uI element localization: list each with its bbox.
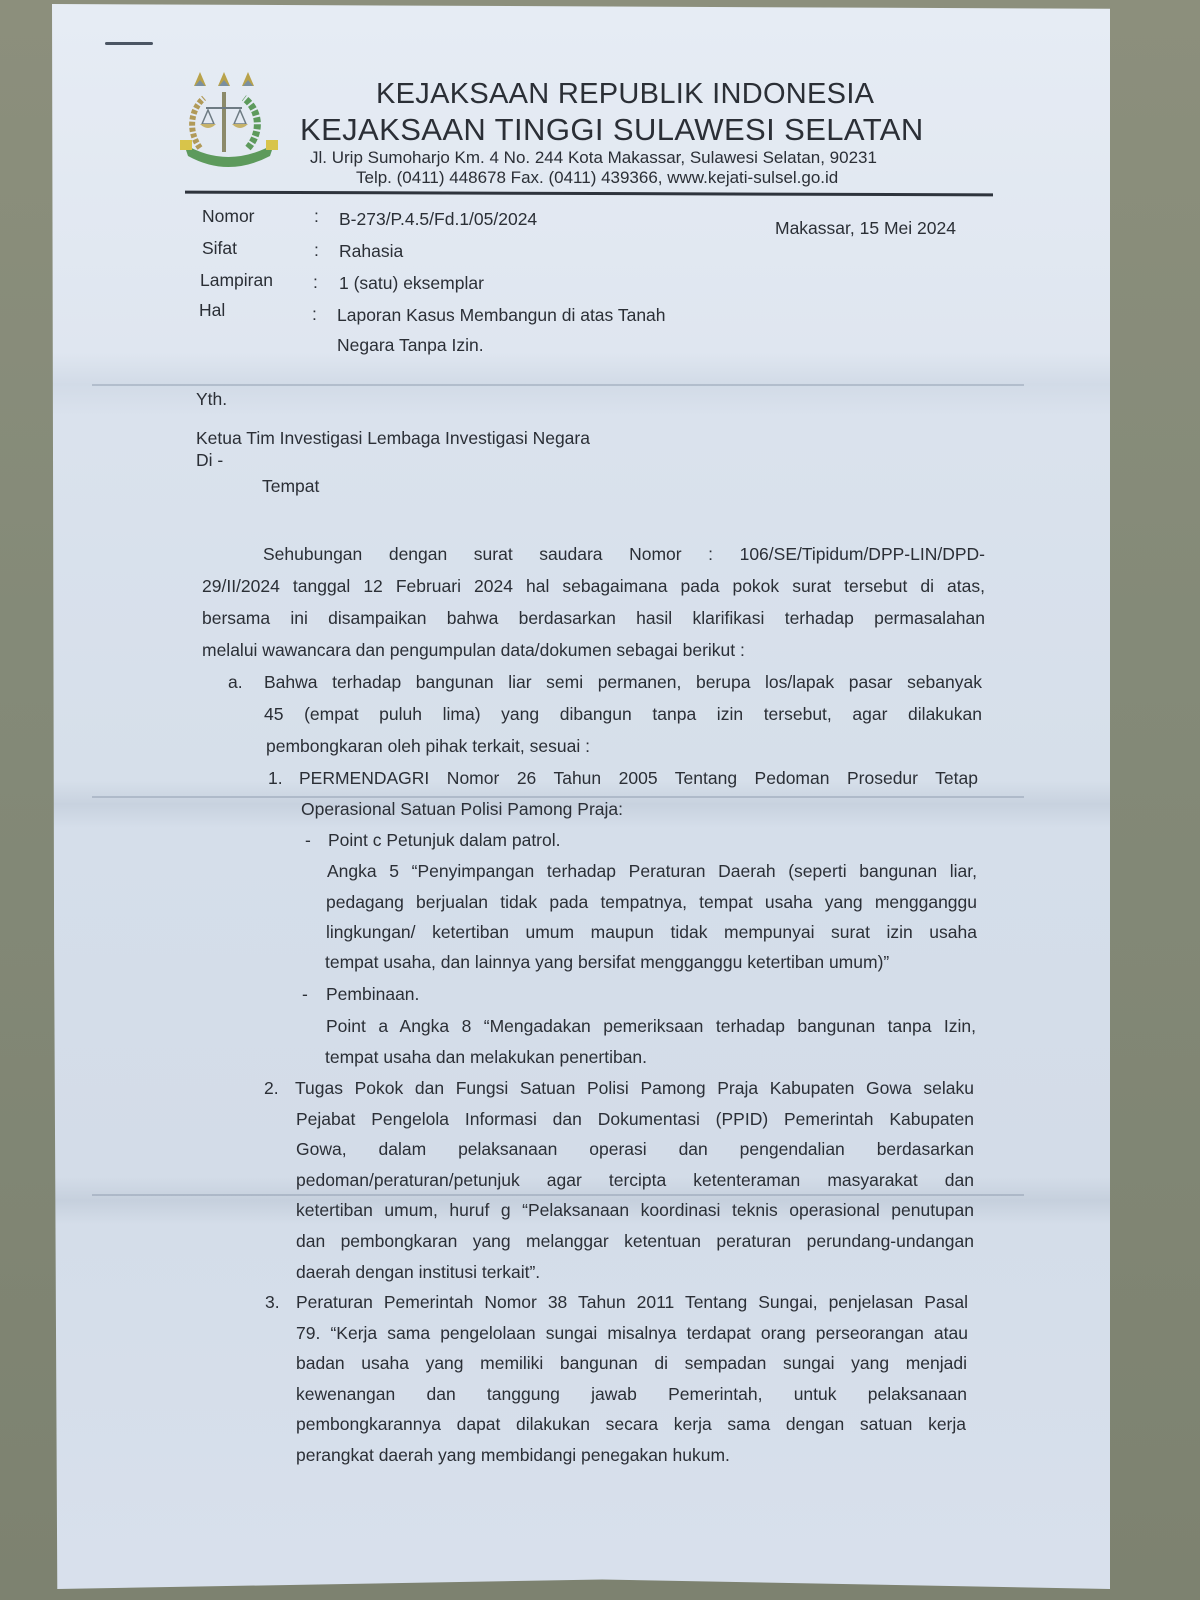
field-sep: :	[313, 272, 318, 293]
sub-line: pedagang berjualan tidak pada tempatnya,…	[326, 892, 977, 913]
recipient-place: Tempat	[262, 476, 319, 497]
sub-line: tempat usaha dan melakukan penertiban.	[325, 1047, 647, 1068]
point-a-line: pembongkaran oleh pihak terkait, sesuai …	[266, 736, 590, 757]
kejaksaan-emblem-icon	[178, 66, 282, 170]
item3-line: perangkat daerah yang membidangi penegak…	[296, 1445, 730, 1466]
letterhead-address: Jl. Urip Sumoharjo Km. 4 No. 244 Kota Ma…	[310, 148, 877, 168]
item3-line: badan usaha yang memiliki bangunan di se…	[296, 1353, 967, 1374]
recipient-name: Ketua Tim Investigasi Lembaga Investigas…	[196, 428, 590, 449]
field-label-lampiran: Lampiran	[200, 270, 273, 291]
item3-line: kewenangan dan tanggung jawab Pemerintah…	[296, 1384, 967, 1405]
sub-line: tempat usaha, dan lainnya yang bersifat …	[325, 952, 889, 973]
item2-line: dan pembongkaran yang melanggar ketentua…	[296, 1231, 974, 1252]
item3-marker: 3.	[265, 1292, 280, 1313]
field-value-hal: Laporan Kasus Membangun di atas Tanah	[337, 305, 666, 326]
field-label-nomor: Nomor	[202, 206, 255, 227]
intro-line: Sehubungan dengan surat saudara Nomor : …	[263, 544, 985, 565]
intro-line: bersama ini disampaikan bahwa berdasarka…	[202, 608, 985, 629]
field-sep: :	[312, 304, 317, 325]
salutation: Yth.	[196, 389, 227, 410]
fold-line	[92, 1194, 1024, 1196]
item3-line: pembongkarannya dapat dilakukan secara k…	[296, 1414, 966, 1435]
sub-dash: -	[305, 830, 311, 851]
field-sep: :	[314, 240, 319, 261]
item2-line: Tugas Pokok dan Fungsi Satuan Polisi Pam…	[295, 1078, 974, 1099]
sub-dash: -	[302, 984, 308, 1005]
item1-marker: 1.	[268, 768, 283, 789]
item2-line: Pejabat Pengelola Informasi dan Dokument…	[296, 1109, 974, 1130]
field-value-sifat: Rahasia	[339, 241, 403, 262]
letterhead-line2: KEJAKSAAN TINGGI SULAWESI SELATAN	[300, 112, 924, 148]
field-label-hal: Hal	[199, 300, 225, 321]
point-a-line: 45 (empat puluh lima) yang dibangun tanp…	[264, 704, 982, 725]
item2-line: pedoman/peraturan/petunjuk agar tercipta…	[296, 1170, 974, 1191]
letterhead-contact: Telp. (0411) 448678 Fax. (0411) 439366, …	[356, 168, 838, 188]
sub-line: Angka 5 “Penyimpangan terhadap Peraturan…	[327, 861, 977, 882]
recipient-di: Di -	[196, 450, 223, 471]
field-label-sifat: Sifat	[202, 238, 237, 259]
item1-line: Operasional Satuan Polisi Pamong Praja:	[301, 799, 623, 820]
sub-line: lingkungan/ ketertiban umum maupun tidak…	[326, 922, 977, 943]
field-value-nomor: B-273/P.4.5/Fd.1/05/2024	[339, 209, 537, 230]
item2-line: daerah dengan institusi terkait”.	[296, 1262, 540, 1283]
fold-line	[92, 384, 1024, 386]
point-a-marker: a.	[228, 672, 243, 693]
item3-line: Peraturan Pemerintah Nomor 38 Tahun 2011…	[296, 1292, 968, 1313]
intro-line: 29/II/2024 tanggal 12 Februari 2024 hal …	[202, 576, 985, 597]
place-date: Makassar, 15 Mei 2024	[775, 218, 956, 239]
item1-line: PERMENDAGRI Nomor 26 Tahun 2005 Tentang …	[299, 768, 978, 789]
fold-line	[92, 796, 1024, 798]
item2-line: ketertiban umum, huruf g “Pelaksanaan ko…	[296, 1200, 974, 1221]
item3-line: 79. “Kerja sama pengelolaan sungai misal…	[296, 1323, 968, 1344]
item2-marker: 2.	[264, 1078, 279, 1099]
sub-title: Pembinaan.	[326, 984, 419, 1005]
field-value-hal-cont: Negara Tanpa Izin.	[337, 335, 484, 356]
point-a-line: Bahwa terhadap bangunan liar semi perman…	[264, 672, 982, 693]
pen-mark	[105, 42, 153, 45]
letterhead-line1: KEJAKSAAN REPUBLIK INDONESIA	[376, 78, 874, 111]
intro-line: melalui wawancara dan pengumpulan data/d…	[202, 640, 745, 661]
sub-title: Point c Petunjuk dalam patrol.	[328, 830, 561, 851]
item2-line: Gowa, dalam pelaksanaan operasi dan peng…	[296, 1139, 974, 1160]
field-value-lampiran: 1 (satu) eksemplar	[339, 273, 484, 294]
field-sep: :	[314, 206, 319, 227]
sub-line: Point a Angka 8 “Mengadakan pemeriksaan …	[326, 1016, 976, 1037]
